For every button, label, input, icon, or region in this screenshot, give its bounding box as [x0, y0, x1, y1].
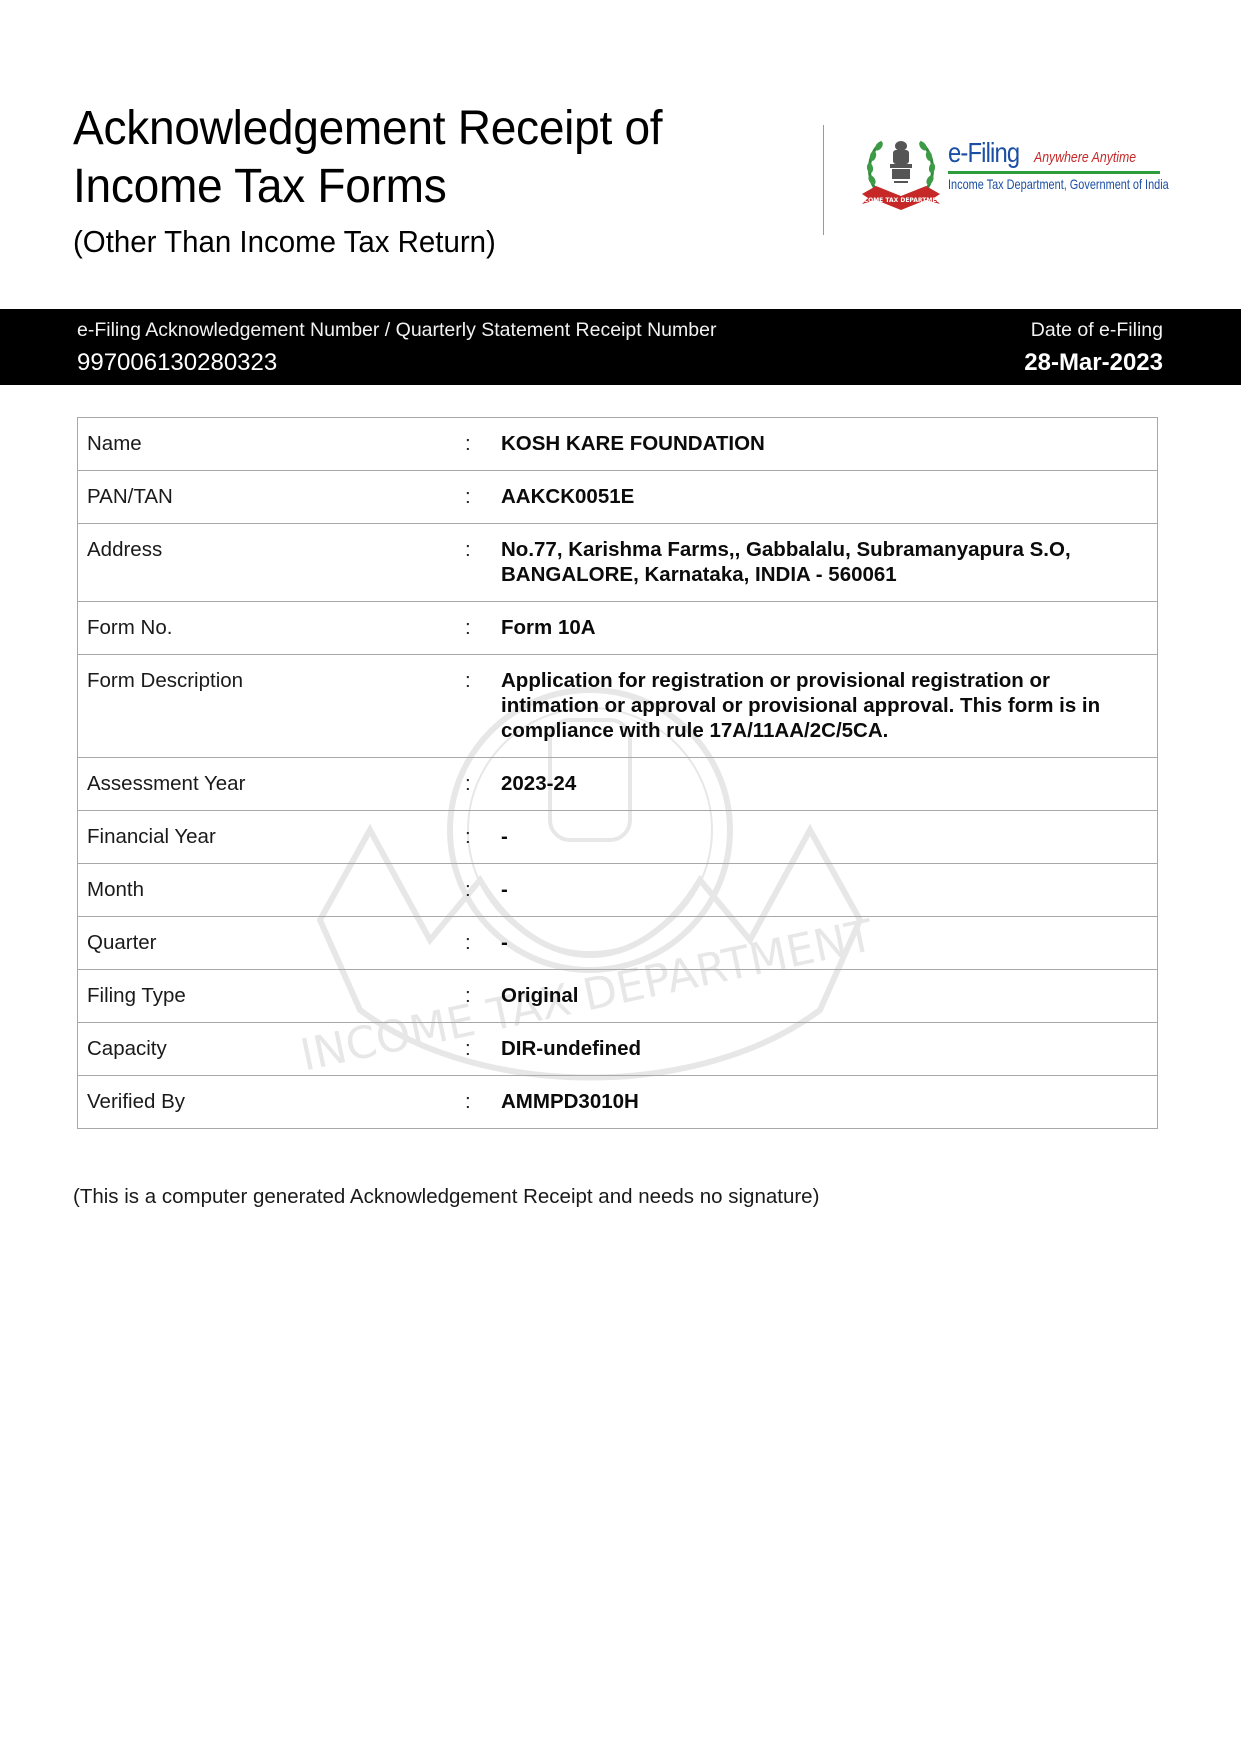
ribbon-text: INCOME TAX DEPARTMENT — [858, 197, 944, 204]
row-value: Form 10A — [501, 602, 1158, 655]
row-label: Filing Type — [78, 970, 466, 1023]
table-row: Address:No.77, Karishma Farms,, Gabbalal… — [78, 524, 1158, 602]
row-separator: : — [465, 418, 501, 471]
table-row: Assessment Year:2023-24 — [78, 758, 1158, 811]
row-value: No.77, Karishma Farms,, Gabbalalu, Subra… — [501, 524, 1158, 602]
row-separator: : — [465, 1076, 501, 1129]
footnote: (This is a computer generated Acknowledg… — [73, 1185, 819, 1209]
row-value: - — [501, 864, 1158, 917]
row-separator: : — [465, 917, 501, 970]
row-label: Address — [78, 524, 466, 602]
row-value: DIR-undefined — [501, 1023, 1158, 1076]
document-title: Acknowledgement Receipt of Income Tax Fo… — [73, 100, 783, 216]
details-table: Name:KOSH KARE FOUNDATIONPAN/TAN:AAKCK00… — [77, 417, 1158, 1129]
table-row: Verified By:AMMPD3010H — [78, 1076, 1158, 1129]
acknowledgement-number-label: e-Filing Acknowledgement Number / Quarte… — [77, 317, 716, 343]
row-value: KOSH KARE FOUNDATION — [501, 418, 1158, 471]
national-emblem-icon: INCOME TAX DEPARTMENT — [858, 132, 944, 214]
row-value: AAKCK0051E — [501, 471, 1158, 524]
row-label: Name — [78, 418, 466, 471]
row-value: 2023-24 — [501, 758, 1158, 811]
logo-rule — [948, 171, 1160, 174]
acknowledgement-number-value: 997006130280323 — [77, 345, 716, 381]
row-separator: : — [465, 970, 501, 1023]
efiling-logo: INCOME TAX DEPARTMENT e-Filing Anywhere … — [858, 132, 1164, 214]
row-separator: : — [465, 602, 501, 655]
row-separator: : — [465, 1023, 501, 1076]
row-separator: : — [465, 655, 501, 758]
table-row: Capacity:DIR-undefined — [78, 1023, 1158, 1076]
table-row: Month:- — [78, 864, 1158, 917]
document-header: Acknowledgement Receipt of Income Tax Fo… — [73, 100, 813, 262]
logo-tagline: Anywhere Anytime — [1034, 149, 1136, 166]
table-row: Name:KOSH KARE FOUNDATION — [78, 418, 1158, 471]
row-separator: : — [465, 864, 501, 917]
row-label: Form Description — [78, 655, 466, 758]
row-label: Financial Year — [78, 811, 466, 864]
table-row: PAN/TAN:AAKCK0051E — [78, 471, 1158, 524]
table-row: Financial Year:- — [78, 811, 1158, 864]
filing-date-block: Date of e-Filing 28-Mar-2023 — [1024, 317, 1163, 381]
row-label: Assessment Year — [78, 758, 466, 811]
row-separator: : — [465, 471, 501, 524]
row-label: PAN/TAN — [78, 471, 466, 524]
acknowledgement-number-block: e-Filing Acknowledgement Number / Quarte… — [77, 317, 716, 381]
filing-date-value: 28-Mar-2023 — [1024, 345, 1163, 381]
row-label: Capacity — [78, 1023, 466, 1076]
logo-brand: e-Filing — [948, 136, 1019, 170]
header-divider — [823, 125, 824, 235]
row-label: Verified By — [78, 1076, 466, 1129]
table-row: Form Description:Application for registr… — [78, 655, 1158, 758]
row-separator: : — [465, 524, 501, 602]
title-line-2: Income Tax Forms — [73, 160, 447, 213]
filing-date-label: Date of e-Filing — [1024, 317, 1163, 343]
row-separator: : — [465, 811, 501, 864]
table-row: Form No.:Form 10A — [78, 602, 1158, 655]
logo-text-block: e-Filing Anywhere Anytime Income Tax Dep… — [948, 136, 1160, 192]
row-value: Original — [501, 970, 1158, 1023]
row-separator: : — [465, 758, 501, 811]
row-value: - — [501, 811, 1158, 864]
row-value: - — [501, 917, 1158, 970]
table-row: Filing Type:Original — [78, 970, 1158, 1023]
row-label: Month — [78, 864, 466, 917]
row-label: Form No. — [78, 602, 466, 655]
title-line-1: Acknowledgement Receipt of — [73, 102, 662, 155]
row-value: AMMPD3010H — [501, 1076, 1158, 1129]
logo-department: Income Tax Department, Government of Ind… — [948, 176, 1113, 192]
document-subtitle: (Other Than Income Tax Return) — [73, 222, 776, 262]
acknowledgement-bar: e-Filing Acknowledgement Number / Quarte… — [0, 309, 1241, 385]
row-value: Application for registration or provisio… — [501, 655, 1158, 758]
table-row: Quarter:- — [78, 917, 1158, 970]
row-label: Quarter — [78, 917, 466, 970]
